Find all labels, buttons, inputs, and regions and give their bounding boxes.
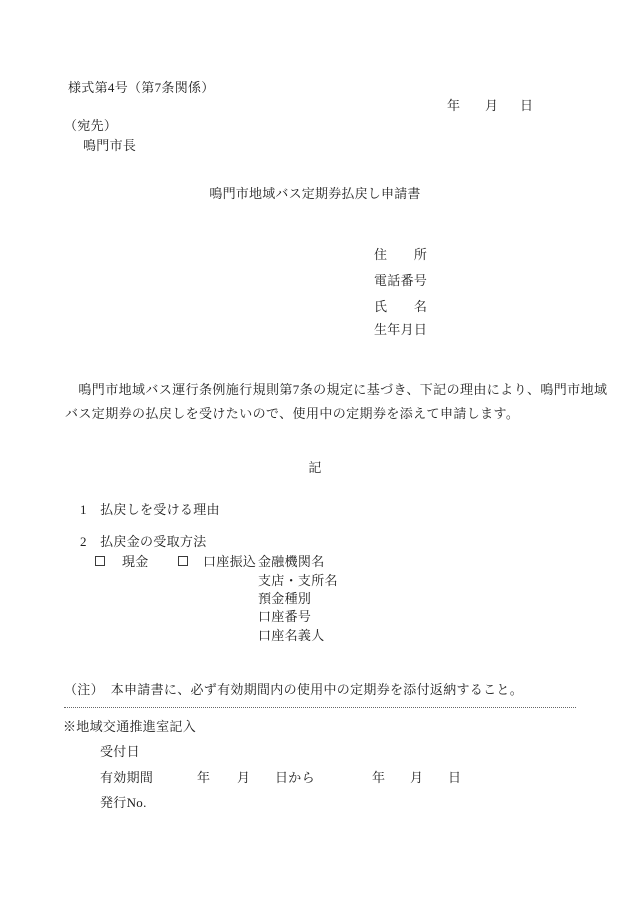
branch-name-label: 支店・支所名: [258, 574, 338, 587]
item-refund-reason: 1 払戻しを受ける理由: [80, 503, 220, 516]
note-text: （注） 本申請書に、必ず有効期間内の使用中の定期券を添付返納すること。: [64, 683, 523, 696]
validity-from-day-label: 日から: [275, 771, 315, 784]
form-number: 様式第4号（第7条関係）: [68, 81, 215, 94]
issue-number-label: 発行No.: [100, 796, 147, 809]
date-day-label: 日: [520, 99, 533, 112]
refund-application-form: 様式第4号（第7条関係） 年 月 日 （宛先） 鳴門市長 鳴門市地域バス定期券払…: [0, 0, 630, 903]
account-holder-label: 口座名義人: [258, 629, 325, 642]
validity-to-day-label: 日: [448, 771, 461, 784]
validity-period-label: 有効期間: [100, 771, 153, 784]
account-number-label: 口座番号: [258, 610, 311, 623]
validity-from-year-label: 年: [197, 771, 210, 784]
date-year-label: 年: [447, 99, 460, 112]
bank-transfer-checkbox-label: 口座振込: [203, 555, 256, 568]
dotted-divider: [64, 707, 576, 708]
addressee-label: （宛先）: [64, 119, 117, 132]
addressee-name: 鳴門市長: [83, 139, 136, 152]
page-title: 鳴門市地域バス定期券払戻し申請書: [0, 187, 630, 200]
record-heading: 記: [0, 461, 630, 474]
cash-checkbox-label: 現金: [122, 555, 149, 568]
validity-from-month-label: 月: [237, 771, 250, 784]
validity-to-year-label: 年: [372, 771, 385, 784]
cash-checkbox[interactable]: [95, 556, 105, 566]
validity-to-month-label: 月: [410, 771, 423, 784]
phone-field-label: 電話番号: [374, 274, 427, 287]
reception-date-label: 受付日: [100, 745, 140, 758]
body-paragraph-line2: バス定期券の払戻しを受けたいので、使用中の定期券を添えて申請します。: [65, 407, 519, 420]
name-field-label: 氏 名: [374, 300, 427, 313]
bank-transfer-checkbox[interactable]: [178, 556, 188, 566]
address-field-label: 住 所: [374, 248, 427, 261]
item-payment-method: 2 払戻金の受取方法: [80, 535, 207, 548]
office-section-label: ※地域交通推進室記入: [63, 720, 196, 733]
body-paragraph-line1: 鳴門市地域バス運行条例施行規則第7条の規定に基づき、下記の理由により、鳴門市地域: [65, 383, 607, 396]
account-type-label: 預金種別: [258, 592, 311, 605]
bank-name-label: 金融機関名: [258, 555, 325, 568]
date-month-label: 月: [485, 99, 498, 112]
birthdate-field-label: 生年月日: [374, 323, 427, 336]
